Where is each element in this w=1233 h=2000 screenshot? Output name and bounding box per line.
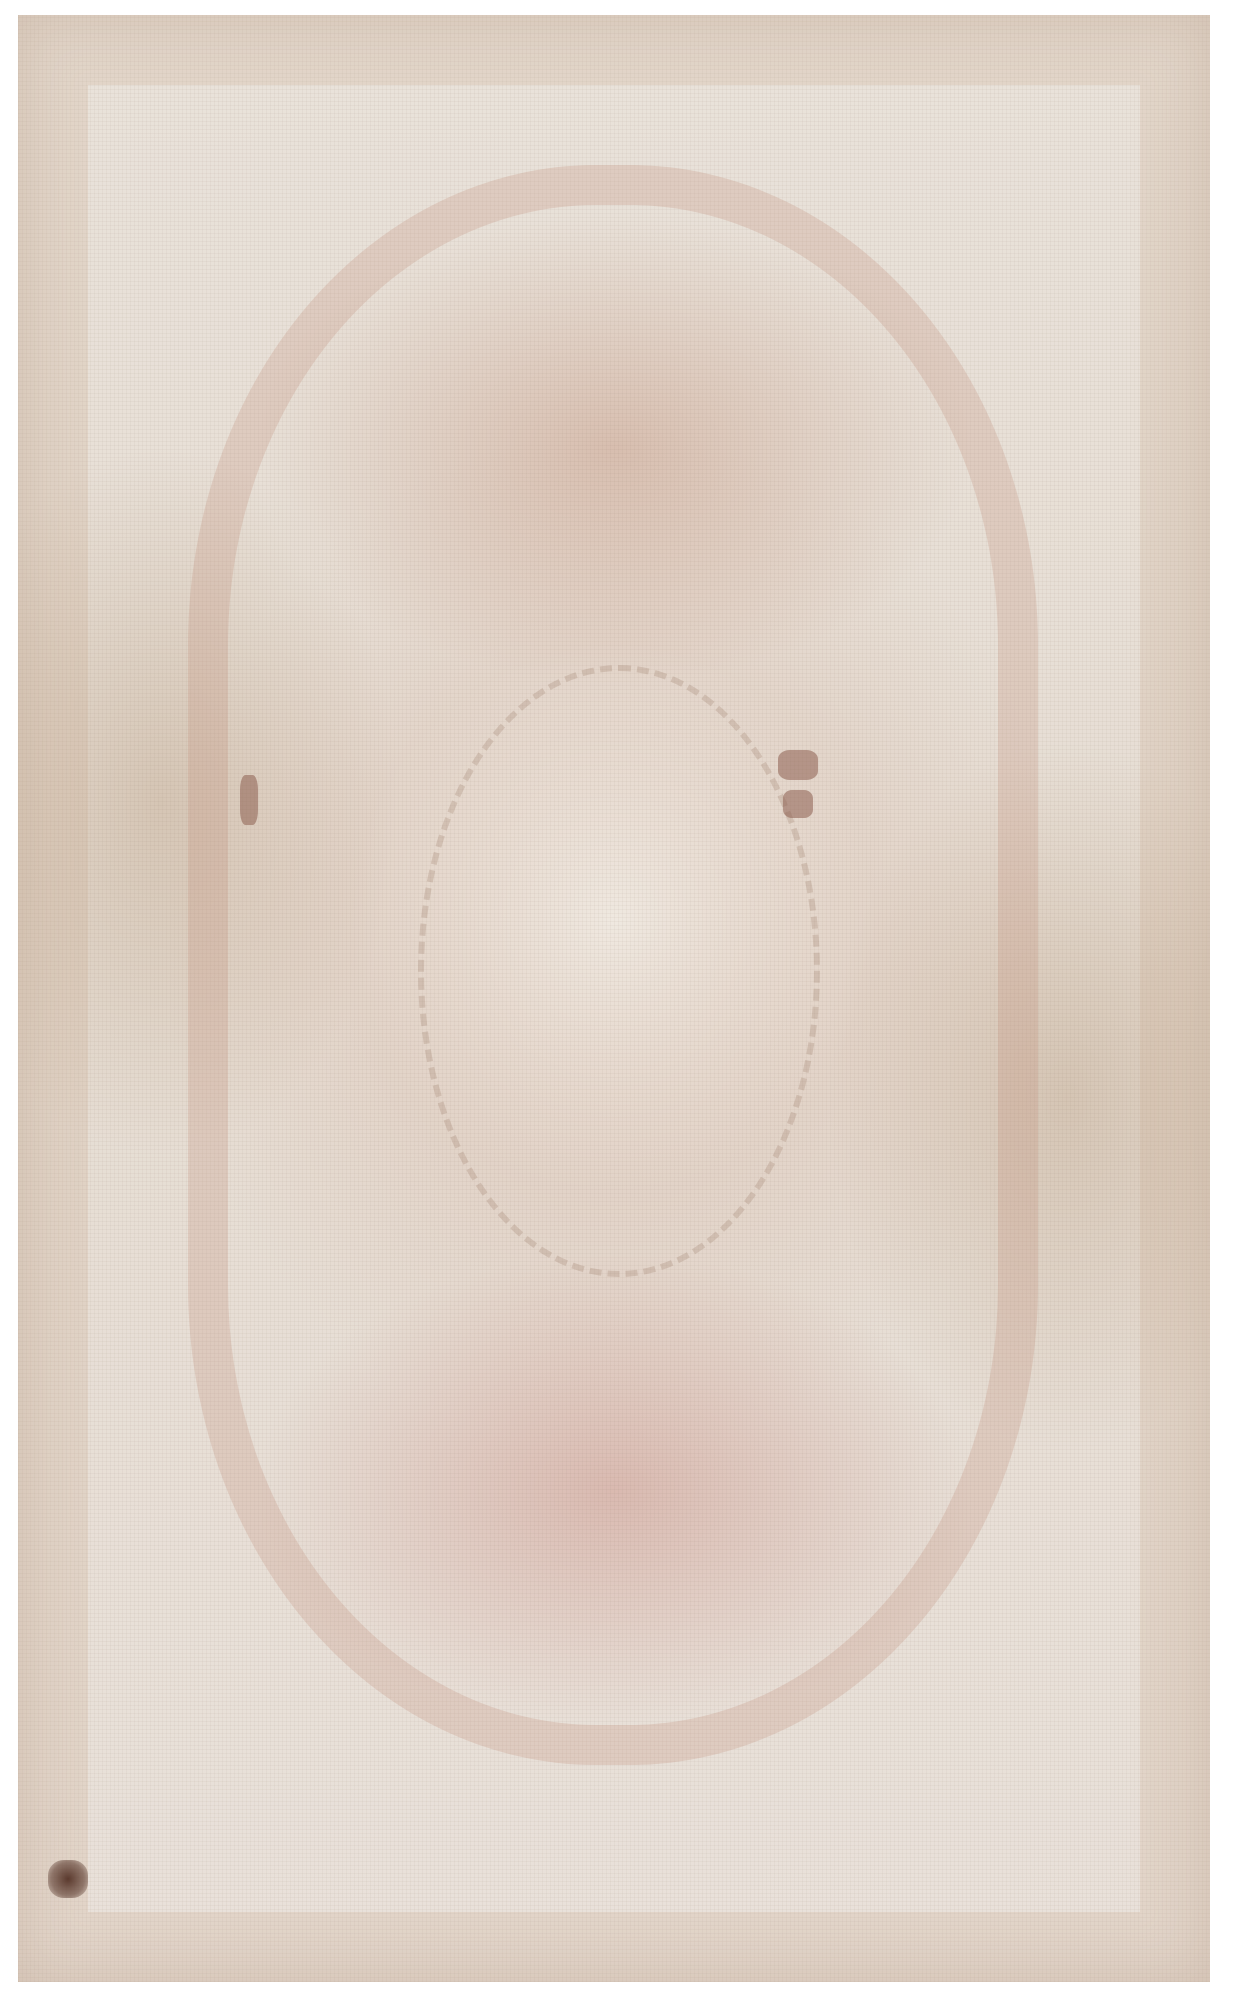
center-motif — [418, 665, 820, 1277]
brown-accent — [240, 775, 258, 825]
vintage-rug — [18, 15, 1210, 1982]
dark-stain — [48, 1860, 88, 1898]
brown-accent — [778, 750, 818, 780]
brown-accent — [783, 790, 813, 818]
